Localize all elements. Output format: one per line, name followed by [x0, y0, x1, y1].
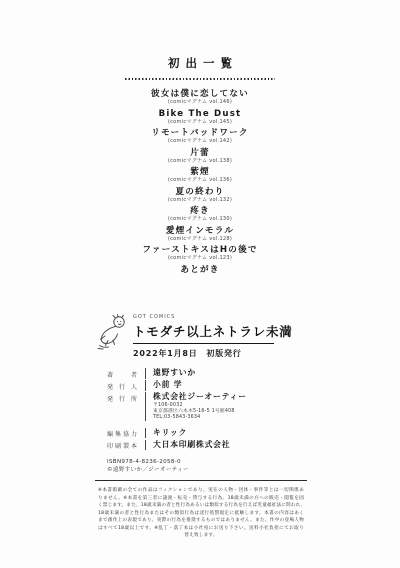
toc-entry: あとがき	[0, 265, 400, 275]
toc-entry: 紫煙 (comicマグナム vol.136)	[0, 167, 400, 184]
colophon-row: 発行所 株式会社ジーオーティー 〒106-0032東京都港区六本木5-16-5 …	[107, 392, 307, 421]
colophon-rows: 著者 遠野すいか 発行人 小前 学 発行所 株式会社ジーオーティー 〒106-0…	[107, 368, 307, 450]
colophon-label: 発行所	[107, 392, 137, 421]
isbn-block: ISBN978-4-8236-2058-0 ©遠野すいか／ジーオーティー	[107, 459, 307, 474]
toc-entry-title: あとがき	[0, 265, 400, 275]
colophon-subline: 東京都港区六本木5-16-5 1号館408	[153, 409, 247, 415]
colophon-subline: TEL:03-5843-3634	[153, 415, 247, 421]
colophon-value-cell: 遠野すいか	[145, 368, 196, 379]
disclaimer-line: 18歳未満の者と性行為またはその類似行為は淫行処罰規定に抵触します。本書の内容は…	[98, 510, 304, 518]
edition-line: 2022年1月8日 初版発行	[133, 348, 307, 359]
toc-entry: ファーストキスはHの後で (comicマグナム vol.123)	[0, 245, 400, 262]
disclaimer-line: く禁じます。また、18歳未満の者と性行為あるいは類似する行為を行えば児童福祉法に…	[98, 502, 304, 510]
toc-entry: 彼女は僕に恋してない (comicマグナム vol.146)	[0, 89, 400, 106]
disclaimer-line: まで創作上の表現であり、実際の行為を推奨するものではありません。また、作中の登場…	[98, 517, 304, 525]
toc-entry-title: ファーストキスはHの後で	[0, 245, 400, 255]
divider-rule	[95, 480, 307, 481]
colophon-row: 著者 遠野すいか	[107, 368, 307, 379]
disclaimer: ※本書掲載の全ての作品はフィクションであり、実在の人物・団体・事件等とは一切関係…	[95, 487, 307, 540]
toc-entry-title: Bike The Dust	[0, 109, 400, 119]
colophon-row: 印刷製本 大日本印刷株式会社	[107, 440, 307, 451]
colophon-label: 印刷製本	[107, 440, 137, 451]
toc-entry-title: 愛煙インモラル	[0, 226, 400, 236]
toc-entry-title: 疼き	[0, 206, 400, 216]
colophon-label: 著者	[107, 368, 137, 379]
book-title: トモダチ以上ネトラレ未満	[133, 322, 307, 340]
toc-entry-note: (comicマグナム vol.123)	[0, 255, 400, 262]
copyright-line: ©遠野すいか／ジーオーティー	[107, 467, 307, 475]
imprint-label: GOT COMICS	[133, 314, 307, 320]
first-publication-list: 初出一覧 彼女は僕に恋してない (comicマグナム vol.146) Bike…	[0, 55, 400, 278]
colophon-row: 発行人 小前 学	[107, 380, 307, 391]
toc-entry-note: (comicマグナム vol.128)	[0, 236, 400, 243]
toc-entry-note: (comicマグナム vol.132)	[0, 197, 400, 204]
first-publication-title: 初出一覧	[0, 55, 400, 71]
colophon-value-cell: 大日本印刷株式会社	[145, 440, 230, 451]
disclaimer-line: 替え致します。	[98, 532, 304, 540]
colophon-sub: 〒106-0032東京都港区六本木5-16-5 1号館408TEL:03-584…	[153, 403, 247, 421]
doodle-mascot-icon	[96, 314, 129, 350]
toc-entry: 疼き (comicマグナム vol.130)	[0, 206, 400, 223]
toc-entry-note: (comicマグナム vol.145)	[0, 119, 400, 126]
disclaimer-line: りません。※本書を第三者に譲渡・転売・貸与する行為、18歳未満の方への販売・閲覧…	[98, 495, 304, 503]
toc-entry-title: リモートバッドワーク	[0, 128, 400, 138]
isbn: ISBN978-4-8236-2058-0	[107, 459, 307, 467]
colophon-value-cell: キリック	[145, 428, 187, 439]
colophon-block: GOT COMICS トモダチ以上ネトラレ未満 2022年1月8日 初版発行 著…	[95, 314, 307, 540]
toc-entry-title: 彼女は僕に恋してない	[0, 89, 400, 99]
toc-entry-note: (comicマグナム vol.138)	[0, 158, 400, 165]
colophon-label: 発行人	[107, 380, 137, 391]
colophon-value-cell: 株式会社ジーオーティー 〒106-0032東京都港区六本木5-16-5 1号館4…	[145, 392, 247, 421]
imprint: GOT COMICS トモダチ以上ネトラレ未満 2022年1月8日 初版発行	[133, 314, 307, 359]
toc-entry: リモートバッドワーク (comicマグナム vol.142)	[0, 128, 400, 145]
colophon-row: 編集協力 キリック	[107, 428, 307, 439]
toc-entry-title: 紫煙	[0, 167, 400, 177]
title-underline	[133, 343, 274, 344]
toc-entry-note: (comicマグナム vol.146)	[0, 99, 400, 106]
toc-entry-note: (comicマグナム vol.142)	[0, 138, 400, 145]
toc-entry: 片蕾 (comicマグナム vol.138)	[0, 148, 400, 165]
disclaimer-line: はすべて18歳以上です。※乱丁・落丁本は小社宛にお送り下さい。送料小社負担にてお…	[98, 525, 304, 533]
colophon-value: 株式会社ジーオーティー	[153, 392, 247, 402]
dotted-divider	[125, 78, 275, 80]
toc-entry-note: (comicマグナム vol.136)	[0, 177, 400, 184]
colophon-value: キリック	[153, 428, 187, 438]
colophon-label: 編集協力	[107, 428, 137, 439]
toc-entry: 夏の終わり (comicマグナム vol.132)	[0, 187, 400, 204]
colophon-value: 遠野すいか	[153, 368, 196, 378]
disclaimer-line: ※本書掲載の全ての作品はフィクションであり、実在の人物・団体・事件等とは一切関係…	[98, 487, 304, 495]
toc-entry-note: (comicマグナム vol.130)	[0, 216, 400, 223]
colophon-page: 初出一覧 彼女は僕に恋してない (comicマグナム vol.146) Bike…	[0, 0, 400, 568]
toc-entry: 愛煙インモラル (comicマグナム vol.128)	[0, 226, 400, 243]
toc-entry: Bike The Dust (comicマグナム vol.145)	[0, 109, 400, 126]
colophon-value-cell: 小前 学	[145, 380, 182, 391]
toc-entry-title: 片蕾	[0, 148, 400, 158]
colophon-value: 小前 学	[153, 380, 182, 390]
toc-entries: 彼女は僕に恋してない (comicマグナム vol.146) Bike The …	[0, 89, 400, 275]
toc-entry-title: 夏の終わり	[0, 187, 400, 197]
colophon-value: 大日本印刷株式会社	[153, 440, 230, 450]
